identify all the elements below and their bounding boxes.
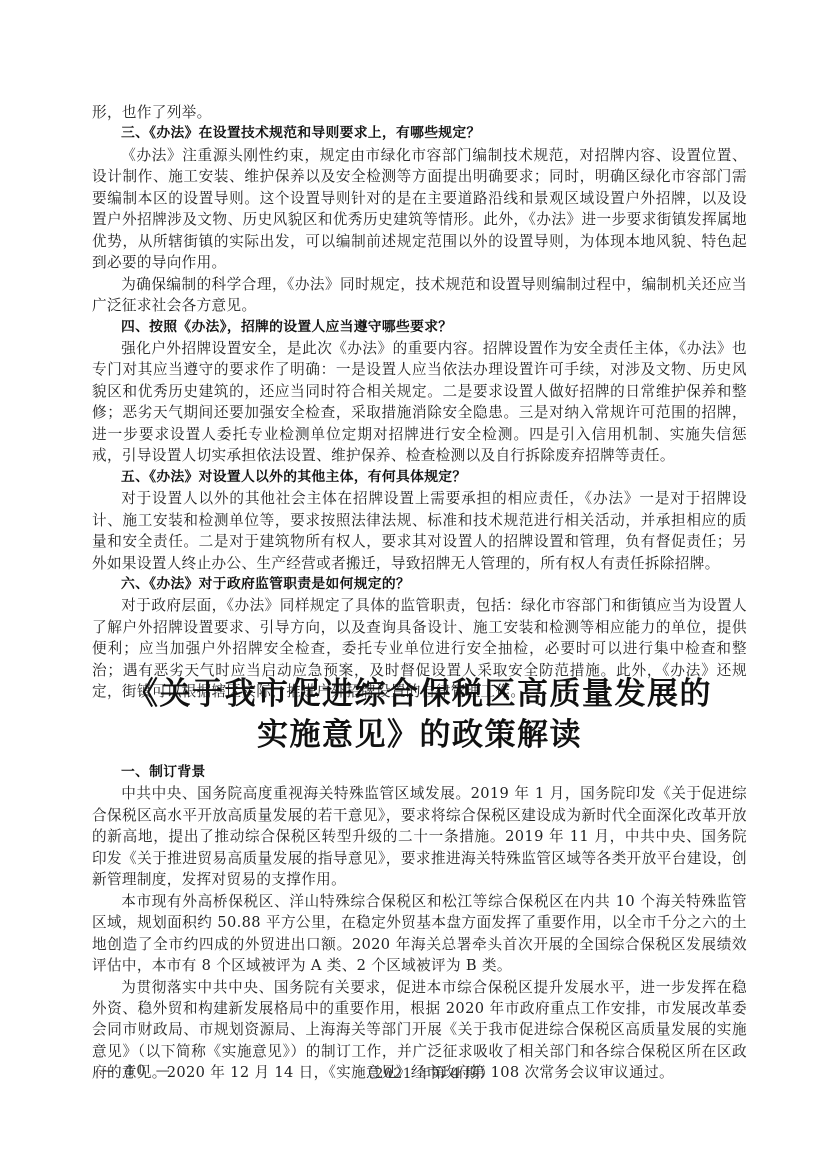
paragraph: 强化户外招牌设置安全，是此次《办法》的重要内容。招牌设置作为安全责任主体，《办法… [92, 338, 747, 467]
paragraph: 对于设置人以外的其他社会主体在招牌设置上需要承担的相应责任，《办法》一是对于招牌… [92, 488, 747, 574]
article-2-title: 《关于我市促进综合保税区高质量发展的 实施意见》的政策解读 [92, 674, 747, 756]
section-heading-background: 一、制订背景 [92, 762, 747, 783]
paragraph: 《办法》注重源头刚性约束，规定由市绿化市容部门编制技术规范，对招牌内容、设置位置… [92, 145, 747, 274]
issue-label: （2021 年第 4 期） [360, 1063, 494, 1083]
article-2-body: 一、制订背景 中共中央、国务院高度重视海关特殊监管区域发展。2019 年 1 月… [92, 762, 747, 1084]
page-footer: — 40 — （2021 年第 4 期） [92, 1063, 747, 1085]
section-heading-4: 四、按照《办法》，招牌的设置人应当遵守哪些要求？ [92, 317, 747, 338]
section-heading-5: 五、《办法》对设置人以外的其他主体，有何具体规定？ [92, 467, 747, 488]
paragraph: 中共中央、国务院高度重视海关特殊监管区域发展。2019 年 1 月，国务院印发《… [92, 783, 747, 890]
article-title-line-2: 实施意见》的政策解读 [92, 715, 747, 756]
article-1-body: 形，也作了列举。 三、《办法》在设置技术规范和导则要求上，有哪些规定？ 《办法》… [92, 102, 747, 703]
paragraph: 本市现有外高桥保税区、洋山特殊综合保税区和松江等综合保税区在内共 10 个海关特… [92, 891, 747, 977]
page-number: — 40 — [100, 1063, 173, 1079]
continuation-paragraph: 形，也作了列举。 [92, 102, 747, 123]
section-heading-6: 六、《办法》对于政府监管职责是如何规定的？ [92, 574, 747, 595]
section-heading-3: 三、《办法》在设置技术规范和导则要求上，有哪些规定？ [92, 123, 747, 144]
paragraph: 为确保编制的科学合理，《办法》同时规定，技术规范和设置导则编制过程中，编制机关还… [92, 274, 747, 317]
article-title-line-1: 《关于我市促进综合保税区高质量发展的 [92, 674, 747, 715]
